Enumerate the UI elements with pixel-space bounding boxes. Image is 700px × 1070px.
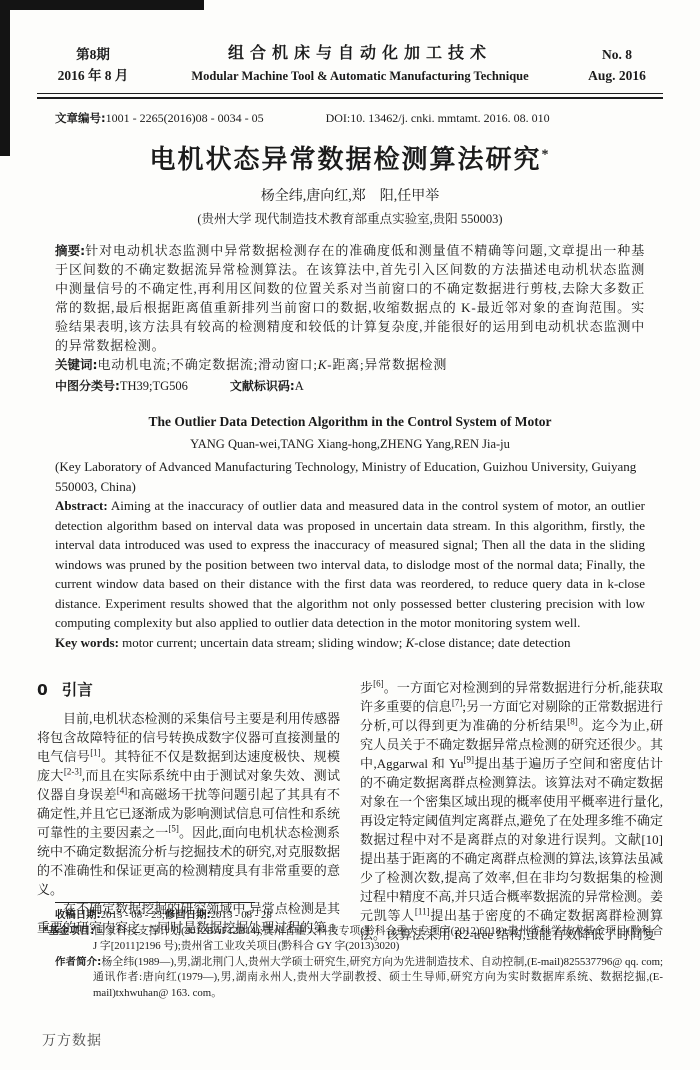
- paper-title-text: 电机状态异常数据检测算法研究: [149, 145, 541, 174]
- abstract-zh-text: 针对电动机状态监测中异常数据检测存在的准确度低和测量值不精确等问题,文章提出一种…: [55, 243, 645, 353]
- header-divider-rule: [37, 93, 663, 99]
- footnote-area: 收稿日期:2015 - 08 - 23;修回日期:2015 - 08 - 28 …: [37, 902, 663, 1001]
- doc-code-value: A: [295, 379, 304, 393]
- abstract-en: Abstract: Aiming at the inaccuracy of ou…: [55, 496, 645, 633]
- keywords-zh-text: 电动机电流;不确定数据流;滑动窗口;K-距离;异常数据检测: [98, 357, 448, 372]
- received-date-value: 2015 - 08 - 23;: [101, 909, 165, 921]
- journal-title-zh: 组合机床与自动化加工技术: [149, 44, 571, 64]
- keywords-zh: 关键词:电动机电流;不确定数据流;滑动窗口;K-距离;异常数据检测: [55, 355, 645, 374]
- abstract-en-label: Abstract:: [55, 498, 108, 513]
- doc-code-label: 文献标识码:: [230, 379, 295, 393]
- scan-artifact-top: [0, 0, 204, 10]
- abstract-en-text: Aiming at the inaccuracy of outlier data…: [55, 498, 645, 630]
- revised-date-label: 修回日期:: [165, 909, 211, 921]
- keywords-en: Key words: motor current; uncertain data…: [55, 633, 645, 653]
- keywords-en-text: motor current; uncertain data stream; sl…: [122, 635, 570, 650]
- keywords-en-label: Key words:: [55, 635, 119, 650]
- section-heading-introduction: 0引言: [37, 680, 340, 700]
- issue-date-en: Aug. 2016: [571, 65, 663, 86]
- paper-title-zh: 电机状态异常数据检测算法研究*: [0, 143, 700, 177]
- article-number-label: 文章编号:: [55, 111, 106, 125]
- journal-title-block: 组合机床与自动化加工技术 Modular Machine Tool & Auto…: [149, 44, 571, 85]
- journal-scan-page: 第8期 2016 年 8 月 组合机床与自动化加工技术 Modular Mach…: [0, 0, 700, 1070]
- funding-value: 国家科技支撑计划(2012BAF12B14);贵州省重大科技专项(黔科合重大专项…: [93, 925, 663, 953]
- intro-paragraph-1: 目前,电机状态检测的采集信号主要是利用传感器将包含故障特征的信号转换成数字仪器可…: [37, 709, 340, 899]
- affiliation-en: (Key Laboratory of Advanced Manufacturin…: [55, 457, 645, 496]
- scan-artifact-left: [0, 0, 10, 156]
- article-number: 文章编号:1001 - 2265(2016)08 - 0034 - 05: [55, 110, 264, 126]
- received-date-label: 收稿日期:: [55, 909, 101, 921]
- wanfang-data-watermark: 万方数据: [42, 1030, 102, 1050]
- issue-number-en: No. 8: [571, 44, 663, 65]
- issue-block-zh: 第8期 2016 年 8 月: [37, 44, 149, 86]
- issue-number-zh: 第8期: [37, 44, 149, 65]
- clc-label: 中图分类号:: [55, 379, 120, 393]
- authors-en: YANG Quan-wei,TANG Xiang-hong,ZHENG Yang…: [0, 436, 700, 453]
- authors-zh: 杨全纬,唐向红,郑 阳,任甲举: [0, 188, 700, 206]
- clc-line: 中图分类号:TH39;TG506文献标识码:A: [55, 377, 645, 396]
- abstract-zh: 摘要:针对电动机状态监测中异常数据检测存在的准确度低和测量值不精确等问题,文章提…: [55, 241, 645, 355]
- clc-value: TH39;TG506: [120, 379, 188, 393]
- abstract-zh-label: 摘要:: [55, 243, 85, 258]
- footnote-dates: 收稿日期:2015 - 08 - 23;修回日期:2015 - 08 - 28: [37, 908, 663, 924]
- journal-header: 第8期 2016 年 8 月 组合机床与自动化加工技术 Modular Mach…: [37, 44, 663, 86]
- title-footnote-star: *: [542, 147, 551, 162]
- author-bio-label: 作者简介:: [55, 956, 101, 968]
- affiliation-zh: (贵州大学 现代制造技术教育部重点实验室,贵阳 550003): [0, 211, 700, 228]
- issue-date-zh: 2016 年 8 月: [37, 65, 149, 86]
- paper-title-en: The Outlier Data Detection Algorithm in …: [0, 413, 700, 431]
- article-number-value: 1001 - 2265(2016)08 - 0034 - 05: [106, 111, 264, 125]
- section-number: 0: [37, 681, 48, 699]
- journal-title-en: Modular Machine Tool & Automatic Manufac…: [149, 67, 571, 85]
- footnote-author-bio: 作者简介:杨全纬(1989—),男,湖北荆门人,贵州大学硕士研究生,研究方向为先…: [37, 955, 663, 1002]
- footnote-separator-rule: [55, 902, 255, 903]
- issue-block-en: No. 8 Aug. 2016: [571, 44, 663, 86]
- section-title: 引言: [62, 681, 93, 699]
- funding-label: 基金项目:: [48, 925, 94, 937]
- revised-date-value: 2015 - 08 - 28: [211, 909, 272, 921]
- doi: DOI:10. 13462/j. cnki. mmtamt. 2016. 08.…: [326, 110, 550, 126]
- footnote-funding: *基金项目:国家科技支撑计划(2012BAF12B14);贵州省重大科技专项(黔…: [37, 924, 663, 955]
- article-meta-line: 文章编号:1001 - 2265(2016)08 - 0034 - 05 DOI…: [37, 110, 663, 126]
- keywords-zh-label: 关键词:: [55, 357, 98, 372]
- author-bio-value: 杨全纬(1989—),男,湖北荆门人,贵州大学硕士研究生,研究方向为先进制造技术…: [93, 956, 663, 999]
